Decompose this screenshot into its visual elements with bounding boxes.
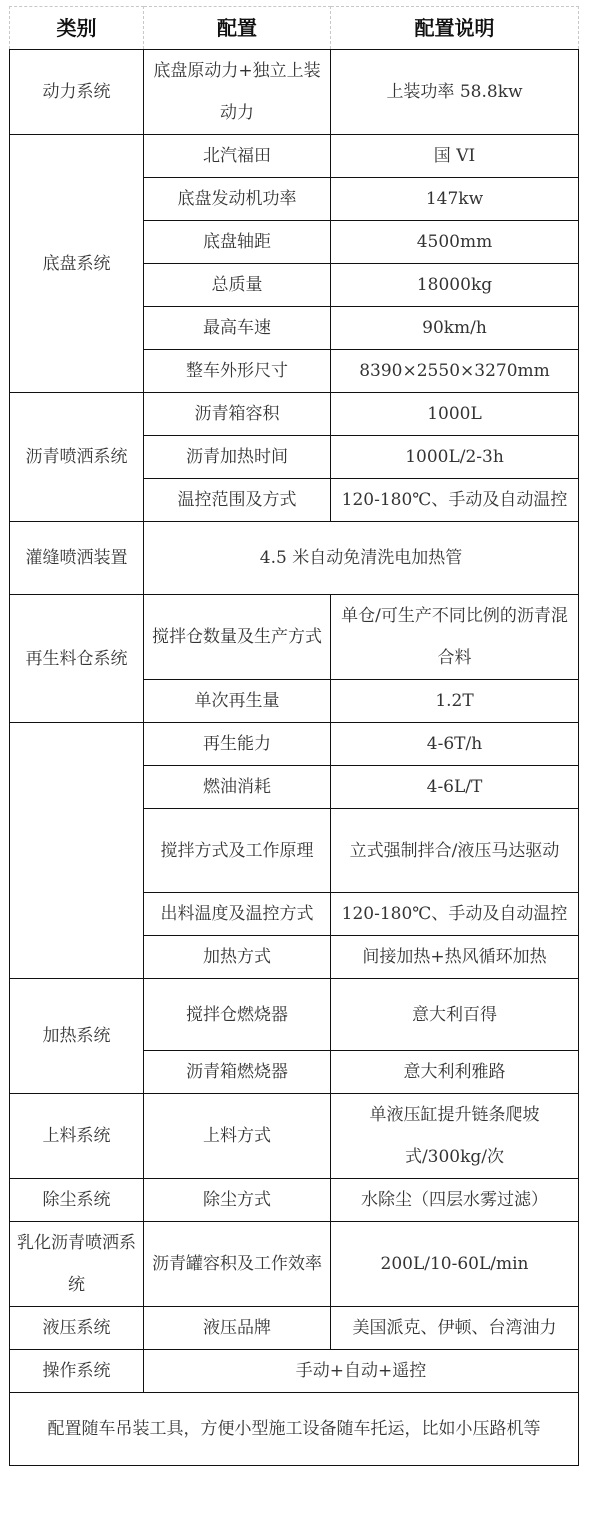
- item-cell: 整车外形尺寸: [144, 350, 331, 393]
- value-cell: 4-6L/T: [331, 766, 579, 809]
- item-cell: 除尘方式: [144, 1179, 331, 1222]
- table-row: 底盘系统 北汽福田 国 VI: [10, 135, 579, 178]
- category-cell: 操作系统: [10, 1350, 144, 1393]
- header-config: 配置: [144, 7, 331, 50]
- item-cell: 燃油消耗: [144, 766, 331, 809]
- item-cell: 底盘轴距: [144, 221, 331, 264]
- header-category: 类别: [10, 7, 144, 50]
- value-cell: 120-180℃、手动及自动温控: [331, 479, 579, 522]
- item-cell: 搅拌仓燃烧器: [144, 979, 331, 1051]
- table-row: 加热系统 搅拌仓燃烧器 意大利百得: [10, 979, 579, 1051]
- value-cell: 8390×2550×3270mm: [331, 350, 579, 393]
- value-cell: 美国派克、伊顿、台湾油力: [331, 1307, 579, 1350]
- value-cell: 国 VI: [331, 135, 579, 178]
- item-cell: 最高车速: [144, 307, 331, 350]
- category-cell: 再生料仓系统: [10, 595, 144, 723]
- item-cell: 再生能力: [144, 723, 331, 766]
- table-row: 操作系统 手动+自动+遥控: [10, 1350, 579, 1393]
- value-cell: 18000kg: [331, 264, 579, 307]
- value-cell: 1000L: [331, 393, 579, 436]
- value-cell: 1.2T: [331, 680, 579, 723]
- item-cell: 北汽福田: [144, 135, 331, 178]
- value-cell: 意大利利雅路: [331, 1051, 579, 1094]
- value-cell: 4-6T/h: [331, 723, 579, 766]
- category-cell: 乳化沥青喷洒系统: [10, 1222, 144, 1307]
- table-row: 灌缝喷洒装置 4.5 米自动免清洗电加热管: [10, 522, 579, 595]
- item-cell: 上料方式: [144, 1094, 331, 1179]
- value-cell: 90km/h: [331, 307, 579, 350]
- table-row: 再生能力 4-6T/h: [10, 723, 579, 766]
- header-description: 配置说明: [331, 7, 579, 50]
- header-row: 类别 配置 配置说明: [10, 7, 579, 50]
- item-cell: 沥青箱燃烧器: [144, 1051, 331, 1094]
- category-cell: 加热系统: [10, 979, 144, 1094]
- item-cell: 加热方式: [144, 936, 331, 979]
- item-cell: 底盘发动机功率: [144, 178, 331, 221]
- category-cell: 动力系统: [10, 50, 144, 135]
- category-cell: 底盘系统: [10, 135, 144, 393]
- value-cell: 上装功率 58.8kw: [331, 50, 579, 135]
- value-cell: 1000L/2-3h: [331, 436, 579, 479]
- table-row: 乳化沥青喷洒系统 沥青罐容积及工作效率 200L/10-60L/min: [10, 1222, 579, 1307]
- item-cell: 沥青罐容积及工作效率: [144, 1222, 331, 1307]
- table-row: 动力系统 底盘原动力+独立上装动力 上装功率 58.8kw: [10, 50, 579, 135]
- table-row: 除尘系统 除尘方式 水除尘（四层水雾过滤）: [10, 1179, 579, 1222]
- item-cell: 温控范围及方式: [144, 479, 331, 522]
- item-cell: 出料温度及温控方式: [144, 893, 331, 936]
- category-cell: 上料系统: [10, 1094, 144, 1179]
- item-cell: 底盘原动力+独立上装动力: [144, 50, 331, 135]
- category-cell: 沥青喷洒系统: [10, 393, 144, 522]
- item-cell: 沥青箱容积: [144, 393, 331, 436]
- category-cell: 液压系统: [10, 1307, 144, 1350]
- category-cell: 灌缝喷洒装置: [10, 522, 144, 595]
- value-cell: 4500mm: [331, 221, 579, 264]
- value-cell: 120-180℃、手动及自动温控: [331, 893, 579, 936]
- item-cell: 总质量: [144, 264, 331, 307]
- value-cell: 立式强制拌合/液压马达驱动: [331, 809, 579, 893]
- value-cell: 200L/10-60L/min: [331, 1222, 579, 1307]
- value-cell: 水除尘（四层水雾过滤）: [331, 1179, 579, 1222]
- table-row: 再生料仓系统 搅拌仓数量及生产方式 单仓/可生产不同比例的沥青混合料: [10, 595, 579, 680]
- item-cell: 搅拌仓数量及生产方式: [144, 595, 331, 680]
- value-cell: 单液压缸提升链条爬坡式/300kg/次: [331, 1094, 579, 1179]
- value-cell: 间接加热+热风循环加热: [331, 936, 579, 979]
- footer-note: 配置随车吊装工具，方便小型施工设备随车托运，比如小压路机等: [10, 1393, 579, 1466]
- table-row: 上料系统 上料方式 单液压缸提升链条爬坡式/300kg/次: [10, 1094, 579, 1179]
- value-cell: 意大利百得: [331, 979, 579, 1051]
- item-cell: 单次再生量: [144, 680, 331, 723]
- footer-row: 配置随车吊装工具，方便小型施工设备随车托运，比如小压路机等: [10, 1393, 579, 1466]
- item-cell: 搅拌方式及工作原理: [144, 809, 331, 893]
- item-cell: 液压品牌: [144, 1307, 331, 1350]
- item-cell: 沥青加热时间: [144, 436, 331, 479]
- value-cell: 147kw: [331, 178, 579, 221]
- value-cell: 单仓/可生产不同比例的沥青混合料: [331, 595, 579, 680]
- table-row: 液压系统 液压品牌 美国派克、伊顿、台湾油力: [10, 1307, 579, 1350]
- spec-table: 类别 配置 配置说明 动力系统 底盘原动力+独立上装动力 上装功率 58.8kw…: [9, 6, 579, 1466]
- value-cell: 手动+自动+遥控: [144, 1350, 579, 1393]
- category-cell: 除尘系统: [10, 1179, 144, 1222]
- table-row: 沥青喷洒系统 沥青箱容积 1000L: [10, 393, 579, 436]
- value-cell: 4.5 米自动免清洗电加热管: [144, 522, 579, 595]
- category-cell: [10, 723, 144, 979]
